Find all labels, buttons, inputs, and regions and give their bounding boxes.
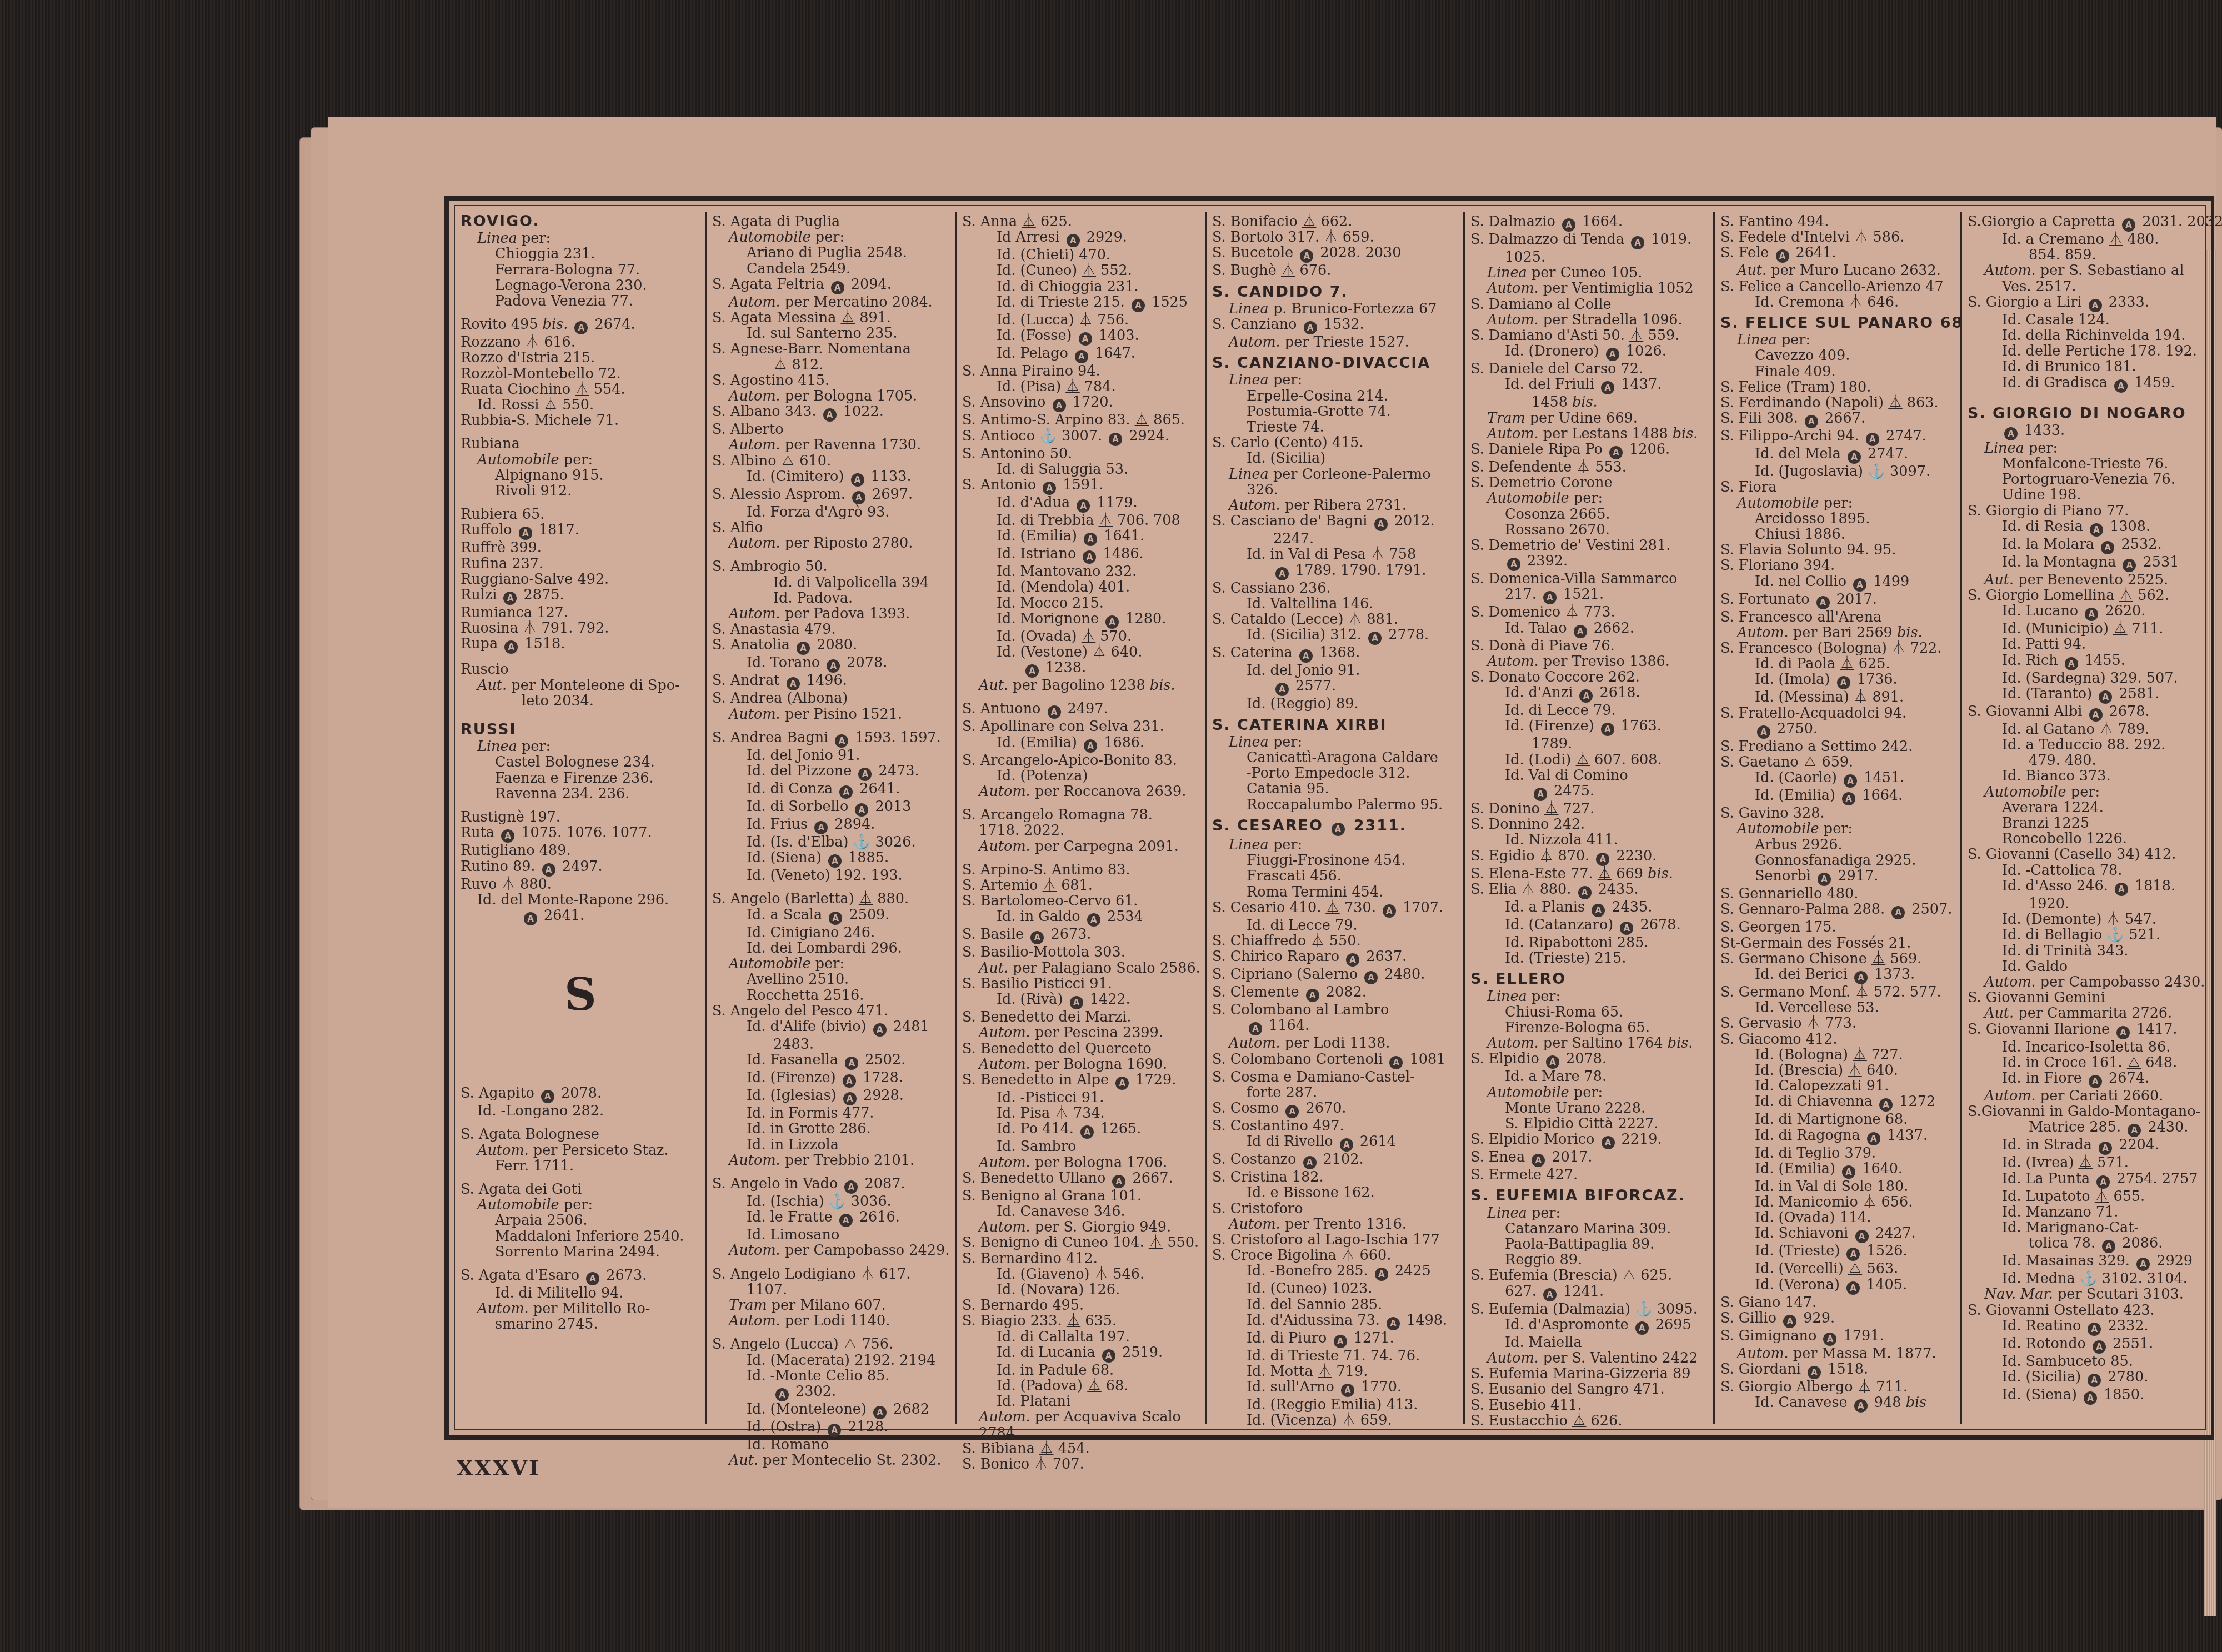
sub-entry: Autom. per Campobasso 2429. [712, 1243, 950, 1258]
bus-service-icon: A [1546, 1055, 1559, 1069]
station-entry: S. Giovanni Albi A 2678. [1968, 704, 2211, 722]
transport-type: Autom. [979, 1056, 1030, 1073]
sub-entry: smarino 2745. [461, 1316, 700, 1332]
station-entry: S. Giovanni Ilarione A 1417. [1968, 1022, 2211, 1039]
station-entry: S.Giorgio a Capretta A 2031. 2032 [1968, 214, 2211, 232]
transport-type: Autom. [1487, 425, 1539, 442]
bus-service-icon: A [501, 829, 514, 843]
sub-entry: Trieste 74. [1212, 419, 1459, 435]
sub-entry: Autom. per Bologna 1706. [962, 1155, 1200, 1170]
bus-service-icon: A [1855, 1230, 1869, 1243]
index-column-2: S. Agata di PugliaAutomobile per:Ariano … [705, 212, 955, 1424]
bus-service-icon: A [1285, 1105, 1299, 1118]
bus-service-icon: A [1304, 321, 1317, 334]
sub-entry: Id. Patti 94. [1968, 637, 2211, 652]
sub-entry: Id. (Siena) A 1850. [1968, 1387, 2211, 1405]
station-entry: S. Gaetano ⏅ 659. [1720, 754, 1956, 770]
transport-type: Automobile [729, 229, 811, 246]
bus-service-icon: A [586, 1272, 599, 1285]
sub-entry: Id. Padova. [712, 590, 950, 606]
tram-icon: ⏅ [1622, 1267, 1637, 1284]
sub-entry: Id. (Imola) A 1736. [1720, 672, 1956, 689]
station-heading: ROVIGO. [461, 214, 700, 229]
tram-icon: ⏅ [1370, 546, 1385, 563]
bus-service-icon: A [1891, 906, 1905, 919]
spacer [962, 693, 1200, 701]
station-entry: S. Giacomo 412. [1720, 1032, 1956, 1047]
sub-entry: Id. in Fiore A 2674. [1968, 1070, 2211, 1088]
bus-service-icon: A [1077, 499, 1090, 513]
station-entry: S. Cristoforo al Lago-Ischia 177 [1212, 1232, 1459, 1248]
spacer [712, 722, 950, 730]
bus-service-icon: A [1112, 1175, 1125, 1188]
station-entry: S. Chirico Raparo A 2637. [1212, 949, 1459, 967]
sub-entry: Id. Mantovano 232. [962, 564, 1200, 579]
sub-entry: Id. sull'Arno A 1770. [1212, 1379, 1459, 1397]
sub-entry: Arcidosso 1895. [1720, 511, 1956, 527]
sub-entry: Cosonza 2665. [1470, 507, 1709, 522]
sub-entry: Autom. per Pescina 2399. [962, 1025, 1200, 1040]
bus-service-icon: A [1592, 904, 1605, 917]
sub-entry: Aut. per Bagolino 1238 bis. [962, 678, 1200, 693]
bus-service-icon: A [839, 1214, 853, 1227]
transport-type: Autom. [729, 1242, 780, 1259]
sub-entry: Id. di Valpolicella 394 [712, 575, 950, 590]
spacer [461, 1174, 700, 1182]
station-entry: S. Giovanni Ostellato 423. [1968, 1303, 2211, 1318]
bus-service-icon: A [775, 1388, 789, 1401]
transport-type: Autom. [979, 1154, 1030, 1171]
transport-type: Automobile [1737, 820, 1819, 837]
station-entry: S. Donino ⏅ 727. [1470, 801, 1709, 817]
transport-type: Linea [1229, 372, 1269, 388]
tram-icon: ⏅ [1318, 1363, 1332, 1380]
transport-type: Linea [477, 738, 517, 755]
sub-entry: Id. delle Pertiche 178. 192. [1968, 343, 2211, 359]
sub-entry: Id. Frius A 2894. [712, 817, 950, 834]
transport-type: Aut. [477, 677, 507, 694]
bus-service-icon: A [1867, 1132, 1880, 1145]
station-entry: S. Georgen 175. [1720, 919, 1956, 935]
sub-entry: Legnago-Verona 230. [461, 278, 700, 293]
station-entry: Rozzo d'Istria 215. [461, 350, 700, 366]
station-entry: S. Felice (Tram) 180. [1720, 379, 1956, 395]
station-entry: S. Ferdinando (Napoli) ⏅ 863. [1720, 395, 1956, 411]
sub-entry: Id. in Strada A 2204. [1968, 1137, 2211, 1155]
station-entry: S. Ermete 427. [1470, 1167, 1709, 1183]
tram-icon: ⏅ [1572, 1413, 1587, 1429]
station-entry: Rubiana [461, 436, 700, 452]
bus-service-icon: A [1853, 578, 1866, 592]
sub-entry: Aut. per Benevento 2525. [1968, 572, 2211, 588]
station-entry: S. Elpidio Morico A 2219. [1470, 1132, 1709, 1149]
tram-icon: ⏅ [2113, 620, 2128, 637]
sub-entry: Id. (Ostra) A 2128. [712, 1419, 950, 1437]
bus-service-icon: A [2096, 1175, 2110, 1189]
station-entry: S. Bernardo 495. [962, 1298, 1200, 1313]
sub-entry: Id. (Jugoslavia) ⚓ 3097. [1720, 464, 1956, 479]
sub-entry: Id. (Monteleone) A 2682 [712, 1401, 950, 1419]
sub-entry: Id. di Trieste 215. A 1525 [962, 294, 1200, 312]
station-entry: S. Dalmazzo di Tenda A 1019. [1470, 232, 1709, 249]
sub-entry: Id. Romano [712, 1437, 950, 1453]
sub-entry: Id. Cremona ⏅ 646. [1720, 294, 1956, 310]
sub-entry: Autom. per Trento 1316. [1212, 1217, 1459, 1232]
tram-icon: ⏅ [544, 397, 558, 413]
transport-type: Automobile [1487, 1084, 1569, 1101]
tram-icon: ⏅ [1871, 950, 1886, 967]
sub-entry: Nav. Mar. per Scutari 3103. [1968, 1286, 2211, 1302]
sub-entry: Id. Mocco 215. [962, 595, 1200, 611]
sub-entry: 1718. 2022. [962, 823, 1200, 838]
sub-entry: Automobile per: [1470, 1085, 1709, 1100]
station-entry: S. Angelo del Pesco 471. [712, 1003, 950, 1019]
bus-service-icon: A [1609, 446, 1623, 459]
sub-entry: Autom. per Stradella 1096. [1470, 312, 1709, 328]
bus-service-icon: A [1102, 1349, 1115, 1363]
transport-type: Linea [1229, 837, 1269, 853]
station-heading: S. EUFEMIA BIFORCAZ. [1470, 1188, 1709, 1204]
transport-type: Linea [1229, 466, 1269, 483]
sub-entry: Id. di Saluggia 53. [962, 462, 1200, 477]
sub-entry: Id. d'Asso 246. A 1818. [1968, 878, 2211, 896]
transport-type: Autom. [1737, 624, 1789, 641]
sub-entry: Autom. per Roccanova 2639. [962, 784, 1200, 799]
sub-entry: Gonnosfanadiga 2925. [1720, 853, 1956, 868]
index-column-3: S. Anna ⏅ 625.Id Arresi A 2929.Id. (Chie… [955, 212, 1205, 1424]
sub-entry: Id. in Lizzola [712, 1137, 950, 1153]
sub-entry: 1107. [712, 1282, 950, 1298]
tram-icon: ⏅ [526, 334, 540, 351]
sub-entry: Tram per Milano 607. [712, 1298, 950, 1313]
bus-service-icon: A [1389, 1056, 1403, 1069]
sub-entry: Aut. per Montecelio St. 2302. [712, 1453, 950, 1468]
station-entry: S. Fiora [1720, 479, 1956, 495]
sub-entry: Automobile per: [1968, 784, 2211, 800]
station-heading: S. GIORGIO DI NOGARO [1968, 406, 2211, 422]
transport-type: Autom. [1487, 1350, 1539, 1366]
sub-entry: Maddaloni Inferiore 2540. [461, 1229, 700, 1244]
station-entry: S. Croce Bigolina ⏅ 660. [1212, 1248, 1459, 1263]
station-entry: S. Andrea (Albona) [712, 690, 950, 706]
station-entry: S. Enea A 2017. [1470, 1149, 1709, 1167]
sub-entry: Id. d'Aspromonte A 2695 [1470, 1317, 1709, 1335]
station-entry: S. Demetrio de' Vestini 281. [1470, 538, 1709, 553]
station-entry: S. Gavino 328. [1720, 805, 1956, 821]
bus-service-icon: A [844, 1180, 858, 1194]
sub-entry: Id. (Mendola) 401. [962, 579, 1200, 595]
station-entry: S. Elpidio A 2078. [1470, 1051, 1709, 1069]
sub-entry: Id. Casale 124. [1968, 312, 2211, 328]
bus-service-icon: A [1300, 249, 1313, 263]
station-entry: S. Agata d'Esaro A 2673. [461, 1268, 700, 1285]
tram-icon: ⏅ [1341, 1247, 1355, 1264]
station-entry: S. Defendente ⏅ 553. [1470, 459, 1709, 475]
station-entry: S. Damiano d'Asti 50. ⏅ 559. [1470, 328, 1709, 343]
sub-entry: Id. (Ivrea) ⏅ 571. [1968, 1155, 2211, 1170]
transport-type: Autom. [1984, 262, 2036, 279]
sub-entry: Candela 2549. [712, 261, 950, 277]
bus-service-icon: A [1805, 415, 1818, 428]
bus-service-icon: A [1837, 676, 1850, 689]
transport-type: Autom. [1487, 1035, 1539, 1052]
sub-entry: 2483. [712, 1037, 950, 1052]
tram-icon: ⏅ [1891, 640, 1906, 657]
index-column-1: ROVIGO.Linea per:Chioggia 231.Ferrara-Bo… [455, 212, 705, 1424]
bus-service-icon: A [2089, 708, 2103, 722]
sub-entry: Portogruaro-Venezia 76. [1968, 472, 2211, 487]
bus-service-icon: A [1115, 1077, 1129, 1090]
station-entry: S. Angelo in Vado A 2087. [712, 1176, 950, 1194]
sub-entry: Linea per: [1212, 837, 1459, 853]
bus-service-icon: A [835, 734, 848, 748]
bus-service-icon: A [574, 321, 588, 334]
station-entry: S. Cosma e Damiano-Castel- [1212, 1069, 1459, 1085]
station-entry: Ruffrè 399. [461, 540, 700, 555]
station-entry: S. Fele A 2641. [1720, 245, 1956, 263]
sub-entry: Id. Manicomio ⏅ 656. [1720, 1194, 1956, 1210]
sub-entry: Id. di Lecce 79. [1212, 918, 1459, 933]
sub-entry: Rocchetta 2516. [712, 988, 950, 1003]
sub-entry: Id. (Is. d'Elba) ⚓ 3026. [712, 834, 950, 850]
ship-icon: ⚓ [1039, 428, 1057, 444]
station-entry: S. Clemente A 2082. [1212, 984, 1459, 1002]
bus-service-icon: A [1084, 533, 1097, 546]
station-entry: Rutigliano 489. [461, 843, 700, 858]
bus-service-icon: A [2089, 1075, 2102, 1088]
spacer [962, 799, 1200, 807]
index-frame: ROVIGO.Linea per:Chioggia 231.Ferrara-Bo… [444, 196, 2214, 1440]
sub-entry: Id. Cinigiano 246. [712, 925, 950, 940]
station-entry: S.Giovanni in Galdo-Montagano- [1968, 1104, 2211, 1119]
bus-service-icon: A [1025, 664, 1039, 678]
bus-service-icon: A [843, 1092, 857, 1105]
transport-type: Aut. [729, 1452, 758, 1469]
sub-entry: Id. a Cremano ⏅ 480. [1968, 232, 2211, 247]
bus-service-icon: A [1866, 433, 1879, 446]
sub-entry: Canicattì-Aragona Caldare [1212, 750, 1459, 765]
station-entry: S. Giovanni Gemini [1968, 990, 2211, 1005]
tram-icon: ⏅ [523, 620, 537, 637]
station-entry: S. Agata Messina ⏅ 891. [712, 310, 950, 326]
station-heading: S. CANDIDO 7. [1212, 284, 1459, 300]
tram-icon: ⏅ [1848, 1260, 1863, 1277]
sub-entry: Finale 409. [1720, 364, 1956, 379]
station-entry: S. Egidio ⏅ 870. A 2230. [1470, 848, 1709, 866]
sub-entry: Id. Marignano-Cat- [1968, 1220, 2211, 1235]
sub-entry: Id. (Cuneo) ⏅ 552. [962, 263, 1200, 278]
sub-entry: Roncobello 1226. [1968, 831, 2211, 847]
bus-service-icon: A [2084, 1391, 2097, 1405]
tram-icon: ⏅ [1094, 1266, 1109, 1283]
sub-entry: Id. di Gradisca A 1459. [1968, 375, 2211, 393]
transport-type: Autom. [1487, 280, 1539, 297]
tram-icon: ⏅ [1575, 752, 1590, 768]
sub-entry: Autom. per Mercatino 2084. [712, 294, 950, 310]
sub-entry: Id. (Emilia) A 1640. [1720, 1161, 1956, 1179]
sub-entry: Autom. per Trebbio 2101. [712, 1153, 950, 1168]
sub-entry: Autom. per Acquaviva Scalo [962, 1409, 1200, 1425]
sub-entry: Id. di Resia A 1308. [1968, 519, 2211, 537]
station-entry: S. Albino ⏅ 610. [712, 453, 950, 469]
sub-entry: Id. Rotondo A 2551. [1968, 1336, 2211, 1354]
transport-type: Autom. [1984, 1088, 2036, 1104]
sub-entry: Id. Calopezzati 91. [1720, 1078, 1956, 1094]
bus-service-icon: A [1383, 904, 1396, 918]
tram-icon: ⏅ [1324, 229, 1338, 246]
bus-service-icon: A [1080, 1125, 1094, 1139]
sub-entry: Id. a Scala A 2509. [712, 907, 950, 925]
bus-service-icon: A [1783, 1315, 1796, 1328]
bus-service-icon: A [1306, 989, 1319, 1002]
sub-entry: Id. (Pisa) ⏅ 784. [962, 379, 1200, 394]
transport-type: Linea [1984, 440, 2024, 457]
sub-entry: Id. (Potenza) [962, 768, 1200, 784]
sub-entry: Id. Maiella [1470, 1335, 1709, 1350]
sub-entry: Id. (Demonte) ⏅ 547. [1968, 912, 2211, 927]
tram-icon: ⏅ [1087, 1378, 1102, 1394]
station-entry: S. Biagio 233. ⏅ 635. [962, 1313, 1200, 1329]
station-entry: S. Donato Coccore 262. [1470, 669, 1709, 685]
sub-entry: Postumia-Grotte 74. [1212, 404, 1459, 419]
sub-entry: Automobile per: [1720, 495, 1956, 511]
station-entry: S. Giorgio Albergo ⏅ 711. [1720, 1379, 1956, 1395]
bus-service-icon: A [852, 491, 865, 504]
station-entry: S. Antioco ⚓ 3007. A 2924. [962, 428, 1200, 446]
tram-icon: ⏅ [1853, 1047, 1867, 1063]
bus-service-icon: A [1620, 922, 1633, 935]
tram-icon: ⏅ [1054, 1105, 1069, 1122]
sub-entry: Id. (Catanzaro) A 2678. [1470, 917, 1709, 935]
sub-entry: Id. (Emilia) A 1641. [962, 528, 1200, 546]
station-entry: S. Fortunato A 2017. [1720, 592, 1956, 609]
bus-service-icon: A [1534, 788, 1547, 801]
spacer [962, 854, 1200, 862]
transport-type: Autom. [1737, 1345, 1789, 1362]
sub-entry: Id. in Val di Pesa ⏅ 758 [1212, 547, 1459, 562]
station-entry: S. Domenica-Villa Sammarco [1470, 571, 1709, 587]
sub-entry: A 1789. 1790. 1791. [1212, 563, 1459, 580]
bus-service-icon: A [2065, 657, 2078, 670]
sub-entry: Id. d'Alife (bivio) A 2481 [712, 1019, 950, 1037]
bus-service-icon: A [2116, 1026, 2130, 1039]
bus-service-icon: A [1606, 348, 1619, 361]
sub-entry: Ves. 2517. [1968, 279, 2211, 294]
tram-icon: ⏅ [1854, 689, 1868, 705]
sub-entry: Id. (Reggio Emilia) 413. [1212, 1397, 1459, 1413]
station-entry: S. Benedetto dei Marzi. [962, 1009, 1200, 1025]
sub-entry: Id. del Monte-Rapone 296. [461, 892, 700, 908]
sub-entry: Id. (Lucca) ⏅ 756. [962, 312, 1200, 328]
sub-entry: Id. (Cuneo) 1023. [1212, 1281, 1459, 1296]
bus-service-icon: A [1507, 558, 1520, 571]
index-body: ROVIGO.Linea per:Chioggia 231.Ferrara-Bo… [454, 205, 2206, 1430]
sub-entry: Id. Val di Comino [1470, 768, 1709, 783]
sub-entry: Id. Pelago A 1647. [962, 346, 1200, 363]
sub-entry: Id. Po 414. A 1265. [962, 1121, 1200, 1139]
sub-entry: Id. (Siena) A 1885. [712, 850, 950, 868]
sub-entry: Linea per Cuneo 105. [1470, 265, 1709, 281]
sub-entry: Id. della Richinvelda 194. [1968, 328, 2211, 343]
tram-icon: ⏅ [1521, 881, 1535, 898]
station-entry: S. Benigno di Cuneo 104. ⏅ 550. [962, 1235, 1200, 1250]
sub-entry: Automobile per: [1470, 490, 1709, 506]
station-entry: S. Francesco (Bologna) ⏅ 722. [1720, 640, 1956, 656]
station-entry: S. Cristina 182. [1212, 1169, 1459, 1185]
sub-entry: 1789. [1470, 736, 1709, 752]
transport-type: Autom. [729, 535, 780, 552]
sub-entry: Padova Venezia 77. [461, 293, 700, 309]
station-entry: S. Bucetole A 2028. 2030 [1212, 245, 1459, 263]
page-number: XXXVI [457, 1455, 541, 1480]
station-entry: S. Damiano al Colle [1470, 297, 1709, 312]
bus-service-icon: A [823, 408, 837, 422]
station-entry: S. Casciano de' Bagni A 2012. [1212, 513, 1459, 531]
tram-icon: ⏅ [1079, 312, 1093, 328]
sub-entry: Autom. per Riposto 2780. [712, 535, 950, 551]
station-entry: S. Caterina A 1368. [1212, 645, 1459, 663]
tram-icon: ⏅ [1849, 294, 1863, 311]
sub-entry: A 2750. [1720, 721, 1956, 739]
sub-entry: Id. -Longano 282. [461, 1103, 700, 1119]
sub-entry: Autom. per Militello Ro- [461, 1301, 700, 1316]
sub-entry: Reggio 89. [1470, 1252, 1709, 1268]
sub-entry: Id. sul Santerno 235. [712, 326, 950, 341]
bus-service-icon: A [503, 592, 517, 605]
bus-service-icon: A [1808, 1366, 1821, 1379]
bus-service-icon: A [873, 1406, 887, 1419]
station-entry: S. Gervasio ⏅ 773. [1720, 1015, 1956, 1031]
bus-service-icon: A [1842, 1165, 1855, 1179]
sub-entry: ⏅ 812. [712, 357, 950, 373]
bus-service-icon: A [1084, 739, 1097, 753]
bus-service-icon: A [1823, 1333, 1836, 1346]
transport-type: Tram [729, 1297, 767, 1314]
sub-entry: Id. la Molara A 2532. [1968, 537, 2211, 554]
station-entry: S. Carlo (Cento) 415. [1212, 435, 1459, 450]
station-entry: S. Giorgio a Liri A 2333. [1968, 294, 2211, 312]
spacer [712, 1168, 950, 1176]
sub-entry: Id. (Sicilia) 312. A 2778. [1212, 627, 1459, 645]
sub-entry: Autom. per Padova 1393. [712, 606, 950, 622]
bus-service-icon: A [1340, 1138, 1353, 1152]
station-entry: Rulzi A 2875. [461, 587, 700, 605]
sub-entry: Castel Bolognese 234. [461, 754, 700, 770]
tram-icon: ⏅ [1082, 628, 1096, 645]
sub-entry: Autom. per Lodi 1138. [1212, 1035, 1459, 1051]
station-entry: S. Agostino 415. [712, 373, 950, 388]
station-entry: Rozzòl-Montebello 72. [461, 366, 700, 382]
sub-entry: Ravenna 234. 236. [461, 786, 700, 802]
bus-service-icon: A [1635, 1321, 1649, 1335]
sub-entry: Matrice 285. A 2430. [1968, 1119, 2211, 1137]
sub-entry: Id. (Rivà) A 1422. [962, 992, 1200, 1009]
bus-service-icon: A [1579, 689, 1593, 703]
sub-entry: Aut. per Monteleone di Spo- [461, 678, 700, 693]
sub-entry: Id. del Sannio 285. [1212, 1297, 1459, 1313]
bus-service-icon: A [1070, 996, 1083, 1009]
sub-entry: A 2577. [1212, 678, 1459, 696]
sub-entry: Id. (Firenze) A 1763. [1470, 718, 1709, 736]
tram-icon: ⏅ [2119, 587, 2134, 604]
transport-type: Linea [1487, 1205, 1527, 1222]
sub-entry: Chiusi-Roma 65. [1470, 1004, 1709, 1020]
sub-entry: 2247. [1212, 531, 1459, 547]
tram-icon: ⏅ [1022, 213, 1036, 230]
bus-service-icon: A [1341, 1384, 1354, 1397]
transport-type: Aut. [1984, 1005, 2014, 1022]
bus-service-icon: A [1776, 249, 1789, 263]
